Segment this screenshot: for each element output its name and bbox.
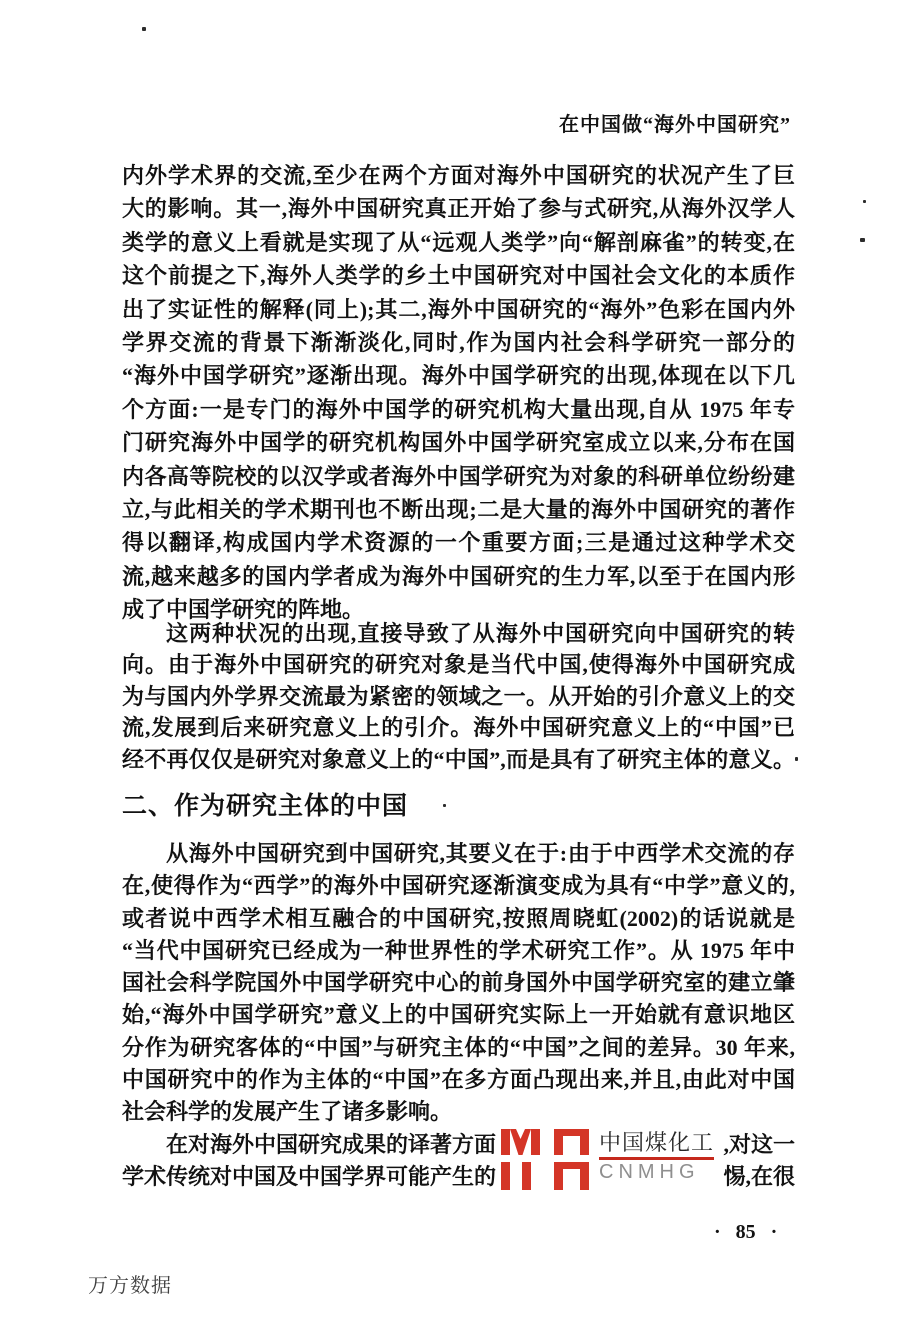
text-line: 出了实证性的解释(同上);其二,海外中国研究的“海外”色彩在国内外 — [122, 293, 795, 326]
scan-speck — [443, 804, 446, 807]
scan-speck — [863, 200, 866, 203]
scan-speck — [860, 238, 865, 242]
section-heading: 二、作为研究主体的中国 — [122, 786, 408, 822]
scan-speck — [142, 27, 146, 31]
cnmhg-logo-icon — [497, 1129, 590, 1190]
text-line: 内各高等院校的以汉学或者海外中国学研究为对象的科研单位纷纷建 — [122, 460, 795, 493]
text-line: 从海外中国研究到中国研究,其要义在于:由于中西学术交流的存 — [122, 838, 795, 870]
paragraph-2: 这两种状况的出现,直接导致了从海外中国研究向中国研究的转 向。由于海外中国研究的… — [122, 618, 795, 775]
text-line: 内外学术界的交流,至少在两个方面对海外中国研究的状况产生了巨 — [122, 159, 795, 192]
text-line: 这个前提之下,海外人类学的乡土中国研究对中国社会文化的本质作 — [122, 259, 795, 292]
text-line: 在,使得作为“西学”的海外中国研究逐渐演变成为具有“中学”意义的, — [122, 870, 795, 902]
watermark-text-block: 中国煤化工 CNMHG — [599, 1129, 714, 1183]
text-line: 立,与此相关的学术期刊也不断出现;二是大量的海外中国研究的著作 — [122, 493, 795, 526]
text-fragment: 惕,在很 — [723, 1161, 795, 1193]
text-line: 个方面:一是专门的海外中国学的研究机构大量出现,自从 1975 年专 — [122, 393, 795, 426]
scan-speck — [795, 757, 798, 761]
text-line: 向。由于海外中国研究的研究对象是当代中国,使得海外中国研究成 — [122, 649, 795, 680]
text-fragment: 在对海外中国研究成果的译著方面 — [122, 1129, 496, 1161]
text-line: 社会科学的发展产生了诸多影响。 — [122, 1096, 795, 1128]
running-header: 在中国做“海外中国研究” — [559, 108, 791, 137]
text-line: “海外中国学研究”逐渐出现。海外中国学研究的出现,体现在以下几 — [122, 359, 795, 392]
paragraph-1: 内外学术界的交流,至少在两个方面对海外中国研究的状况产生了巨 大的影响。其一,海… — [122, 159, 795, 627]
scanned-document-page: 在中国做“海外中国研究” 内外学术界的交流,至少在两个方面对海外中国研究的状况产… — [0, 0, 904, 1320]
text-line: 学界交流的背景下渐渐淡化,同时,作为国内社会科学研究一部分的 — [122, 326, 795, 359]
text-line: 这两种状况的出现,直接导致了从海外中国研究向中国研究的转 — [122, 618, 795, 649]
text-line: 为与国内外学界交流最为紧密的领域之一。从开始的引介意义上的交 — [122, 681, 795, 712]
text-line: 经不再仅仅是研究对象意义上的“中国”,而是具有了研究主体的意义。 — [122, 744, 795, 775]
text-line: 大的影响。其一,海外中国研究真正开始了参与式研究,从海外汉学人 — [122, 192, 795, 225]
watermark-subtext: CNMHG — [599, 1162, 714, 1183]
watermark-name: 中国煤化工 — [599, 1130, 714, 1160]
coal-chem-watermark: 中国煤化工 CNMHG — [497, 1129, 714, 1190]
text-line: 中国研究中的作为主体的“中国”在多方面凸现出来,并且,由此对中国 — [122, 1064, 795, 1096]
text-line: 流,发展到后来研究意义上的引介。海外中国研究意义上的“中国”已 — [122, 712, 795, 743]
text-fragment: ,对这一 — [723, 1129, 795, 1161]
paragraph-3: 从海外中国研究到中国研究,其要义在于:由于中西学术交流的存 在,使得作为“西学”… — [122, 838, 795, 1129]
text-line: 得以翻译,构成国内学术资源的一个重要方面;三是通过这种学术交 — [122, 526, 795, 559]
text-line: 流,越来越多的国内学者成为海外中国研究的生力军,以至于在国内形 — [122, 560, 795, 593]
text-line: 始,“海外中国学研究”意义上的中国研究实际上一开始就有意识地区 — [122, 999, 795, 1031]
text-line: 或者说中西学术相互融合的中国研究,按照周晓虹(2002)的话说就是 — [122, 903, 795, 935]
text-fragment: 学术传统对中国及中国学界可能产生的 — [122, 1161, 496, 1193]
text-line: “当代中国研究已经成为一种世界性的学术研究工作”。从 1975 年中 — [122, 935, 795, 967]
wanfang-data-brand: 万方数据 — [88, 1269, 172, 1298]
page-number: · 85 · — [714, 1221, 777, 1244]
text-line: 分作为研究客体的“中国”与研究主体的“中国”之间的差异。30 年来, — [122, 1032, 795, 1064]
text-line: 类学的意义上看就是实现了从“远观人类学”向“解剖麻雀”的转变,在 — [122, 226, 795, 259]
text-line: 门研究海外中国学的研究机构国外中国学研究室成立以来,分布在国 — [122, 426, 795, 459]
text-line: 国社会科学院国外中国学研究中心的前身国外中国学研究室的建立肇 — [122, 967, 795, 999]
